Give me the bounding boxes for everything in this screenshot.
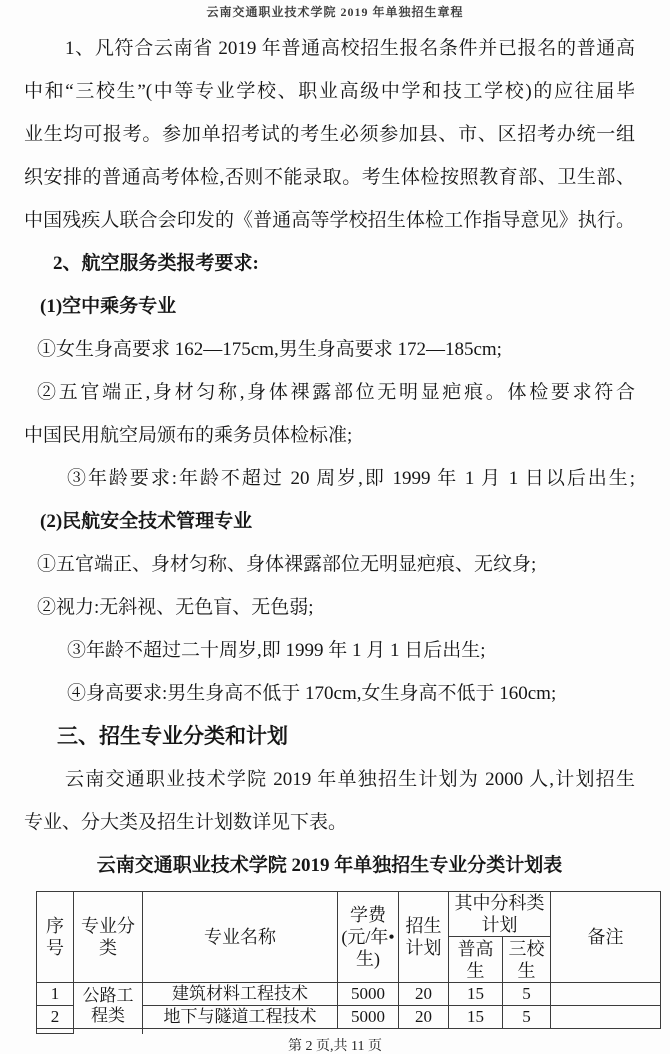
col-header-regular-students: 普高生 <box>449 937 503 983</box>
item-age-requirement-security: ③年龄不超过二十周岁,即 1999 年 1 月 1 日后出生; <box>24 629 635 672</box>
cell-index: 2 <box>37 1006 74 1029</box>
cell-index: 1 <box>37 983 74 1006</box>
heading-aviation-service-requirements: 2、航空服务类报考要求: <box>24 242 635 285</box>
document-page: 云南交通职业技术学院 2019 年单独招生章程 1、凡符合云南省 2019 年普… <box>0 0 670 1054</box>
para-eligibility-line-5: 中国残疾人联合会印发的《普通高等学校招生体检工作指导意见》执行。 <box>24 199 635 242</box>
item-age-requirement-cabin-crew: ③年龄要求:年龄不超过 20 周岁,即 1999 年 1 月 1 日以后出生; <box>24 457 635 500</box>
cell-major: 地下与隧道工程技术 <box>143 1006 338 1029</box>
para-plan-total-line-1: 云南交通职业技术学院 2019 年单独招生计划为 2000 人,计划招生 <box>24 758 635 801</box>
col-header-category: 专业分类 <box>74 892 143 983</box>
col-header-tuition: 学费(元/年•生) <box>338 892 399 983</box>
col-header-major: 专业名称 <box>143 892 338 983</box>
table-page-break-stub <box>37 1029 661 1034</box>
col-header-vocational-students: 三校生 <box>503 937 551 983</box>
table-row: 1 公路工程类 建筑材料工程技术 5000 20 15 5 <box>37 983 661 1006</box>
document-body: 1、凡符合云南省 2019 年普通高校招生报名条件并已报名的普通高 中和“三校生… <box>24 27 635 887</box>
cell-remark <box>551 983 661 1006</box>
cell-plan: 20 <box>399 983 449 1006</box>
cell-regular: 15 <box>449 1006 503 1029</box>
heading-cabin-crew-major: (1)空中乘务专业 <box>24 285 635 328</box>
heading-section-three-enrollment-plan: 三、招生专业分类和计划 <box>24 715 635 758</box>
col-header-plan: 招生计划 <box>399 892 449 983</box>
col-header-index: 序号 <box>37 892 74 983</box>
heading-civil-aviation-security-major: (2)民航安全技术管理专业 <box>24 500 635 543</box>
enrollment-plan-table: 序号 专业分类 专业名称 学费(元/年•生) 招生计划 其中分科类计划 备注 普… <box>36 891 661 1034</box>
col-header-subplan-group: 其中分科类计划 <box>449 892 551 937</box>
para-plan-total-line-2: 专业、分大类及招生计划数详见下表。 <box>24 801 635 844</box>
item-appearance-requirement-security: ①五官端正、身材匀称、身体裸露部位无明显疤痕、无纹身; <box>24 543 635 586</box>
cell-remark <box>551 1006 661 1029</box>
table-title: 云南交通职业技术学院 2019 年单独招生专业分类计划表 <box>24 844 635 887</box>
cell-major: 建筑材料工程技术 <box>143 983 338 1006</box>
para-eligibility-line-2: 中和“三校生”(中等专业学校、职业高级中学和技工学校)的应往届毕 <box>24 70 635 113</box>
item-appearance-requirement-line-1: ②五官端正,身材匀称,身体裸露部位无明显疤痕。体检要求符合 <box>24 371 635 414</box>
item-vision-requirement: ②视力:无斜视、无色盲、无色弱; <box>24 586 635 629</box>
table-header-row-1: 序号 专业分类 专业名称 学费(元/年•生) 招生计划 其中分科类计划 备注 <box>37 892 661 937</box>
para-eligibility-line-1: 1、凡符合云南省 2019 年普通高校招生报名条件并已报名的普通高 <box>24 27 635 70</box>
col-header-remark: 备注 <box>551 892 661 983</box>
cell-tuition: 5000 <box>338 1006 399 1029</box>
para-eligibility-line-4: 织安排的普通高考体检,否则不能录取。考生体检按照教育部、卫生部、 <box>24 156 635 199</box>
item-appearance-requirement-line-2: 中国民用航空局颁布的乘务员体检标准; <box>24 414 635 457</box>
cell-category: 公路工程类 <box>74 983 143 1029</box>
item-height-requirement-cabin-crew: ①女生身高要求 162—175cm,男生身高要求 172—185cm; <box>24 328 635 371</box>
cell-vocational: 5 <box>503 1006 551 1029</box>
item-height-requirement-security: ④身高要求:男生身高不低于 170cm,女生身高不低于 160cm; <box>24 672 635 715</box>
para-eligibility-line-3: 业生均可报考。参加单招考试的考生必须参加县、市、区招考办统一组 <box>24 113 635 156</box>
document-header: 云南交通职业技术学院 2019 年单独招生章程 <box>0 3 670 20</box>
page-number: 第 2 页,共 11 页 <box>0 1035 670 1054</box>
cell-regular: 15 <box>449 983 503 1006</box>
cell-vocational: 5 <box>503 983 551 1006</box>
cell-tuition: 5000 <box>338 983 399 1006</box>
cell-plan: 20 <box>399 1006 449 1029</box>
